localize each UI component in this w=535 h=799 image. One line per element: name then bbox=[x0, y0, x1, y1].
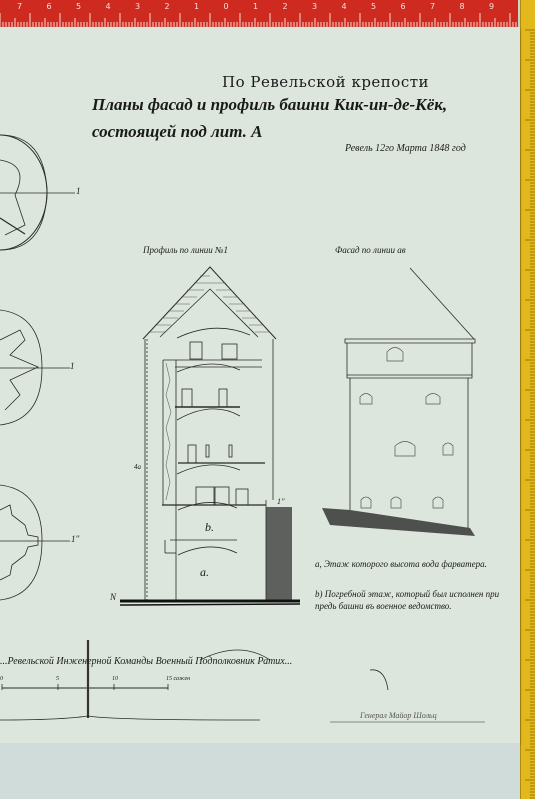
plan-circle-1 bbox=[0, 135, 75, 250]
north-mark-label: N bbox=[110, 592, 116, 602]
scale-label-10: 10 bbox=[112, 676, 118, 682]
scale-label-15: 15 сажен bbox=[166, 676, 190, 682]
plan-circle-3 bbox=[0, 485, 70, 600]
plan-marker-2: 1 bbox=[70, 361, 75, 371]
scale-label-5: 5 bbox=[56, 676, 59, 682]
architectural-drawing bbox=[0, 0, 535, 799]
stamp-text: Генерал Майор Шольц bbox=[360, 711, 437, 720]
note-a: а, Этаж которого высота вода фарватера. bbox=[315, 558, 500, 570]
floor-label-a: a. bbox=[200, 565, 209, 580]
tower-section bbox=[143, 267, 276, 600]
scale-label-0: 0 bbox=[0, 676, 3, 682]
note-b: b) Погребной этаж, который был исполнен … bbox=[315, 588, 500, 612]
signature-line: ...Ревельской Инженерной Команды Военный… bbox=[0, 656, 292, 667]
tower-facade bbox=[345, 268, 475, 528]
plan-marker-1: 1 bbox=[76, 186, 81, 196]
floor-label-b: b. bbox=[205, 520, 214, 535]
plan-marker-3: 1'' bbox=[71, 534, 79, 544]
height-mark-label: 4а bbox=[134, 463, 141, 471]
plan-circle-2 bbox=[0, 310, 70, 425]
ground-mark-label: 1'' bbox=[277, 497, 284, 506]
